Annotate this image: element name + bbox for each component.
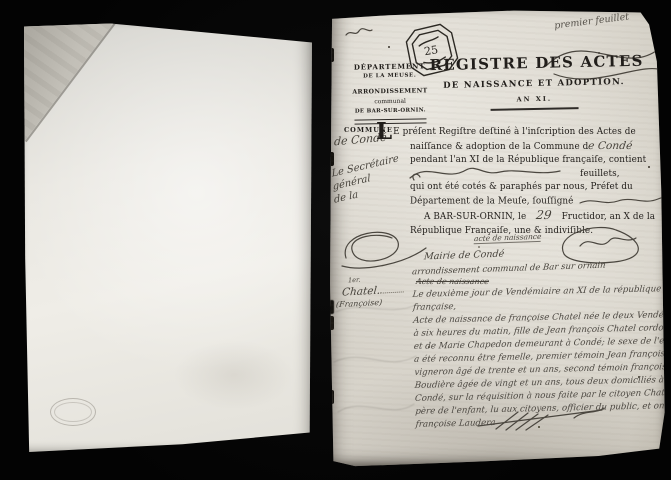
- feuillets-flourish: [408, 164, 568, 182]
- binding-stitches: [329, 48, 334, 62]
- preamble-line: Département de la Meuſe, ſouſſigné: [410, 195, 636, 209]
- register-subtitle: DE NAISSANCE ET ADOPTION.: [430, 77, 638, 91]
- soussigne-squiggle: [576, 195, 671, 207]
- preamble-line: qui ont été cotés & paraphés par nous, P…: [410, 181, 636, 195]
- masthead-left-column: DÉPARTEMENT DE LA MEUSE. ARRONDISSEMENT …: [347, 61, 432, 124]
- preamble-line: LE préſent Regiſtre deſtiné à l'inſcript…: [376, 126, 636, 140]
- register-title: REGISTRE DES ACTES: [429, 52, 637, 74]
- handwritten-commune: e Condé: [588, 140, 634, 154]
- act-number: 1er.: [348, 276, 361, 285]
- note-acte-de-naissance: acte de naissance: [474, 232, 542, 244]
- paper-specks: [388, 46, 390, 48]
- department-label: DÉPARTEMENT: [347, 61, 431, 71]
- arrondissement-name: DE BAR-SUR-ORNIN.: [348, 107, 432, 114]
- register-year: AN XI.: [430, 93, 638, 105]
- drop-cap: L: [376, 118, 393, 145]
- left-blank-page: [24, 20, 312, 452]
- ink-mark-icon: [344, 26, 374, 40]
- paper-smudge: [174, 340, 294, 410]
- register-title-page: 25 premier feuillet DÉPARTEMENT DE LA ME…: [328, 6, 666, 468]
- note-arrondissement: arrondissement communal de Bar sur ornai…: [412, 261, 606, 278]
- act-paraph-flourish: [474, 404, 609, 432]
- struck-heading: Acte de naissance: [415, 277, 489, 286]
- preamble-line: naiſſance & adoption de la Commune de Co…: [410, 140, 636, 155]
- note-mairie: Mairie de Condé: [424, 249, 505, 263]
- handwritten-day: 29: [535, 209, 552, 223]
- preamble-line: feuillets,: [410, 168, 636, 182]
- department-name: DE LA MEUSE.: [348, 72, 432, 79]
- embossed-stamp-icon: [50, 398, 96, 426]
- arrondissement-label: ARRONDISSEMENT: [348, 87, 432, 95]
- secretary-margin-note: Le Secrétaire général de la: [331, 152, 401, 207]
- masthead-title-block: REGISTRE DES ACTES DE NAISSANCE ET ADOPT…: [429, 52, 638, 112]
- bleed-through-marks: [330, 292, 422, 442]
- title-rule: [491, 107, 579, 111]
- arrondissement-type: communal: [348, 97, 432, 105]
- corner-note: premier feuillet: [554, 11, 630, 31]
